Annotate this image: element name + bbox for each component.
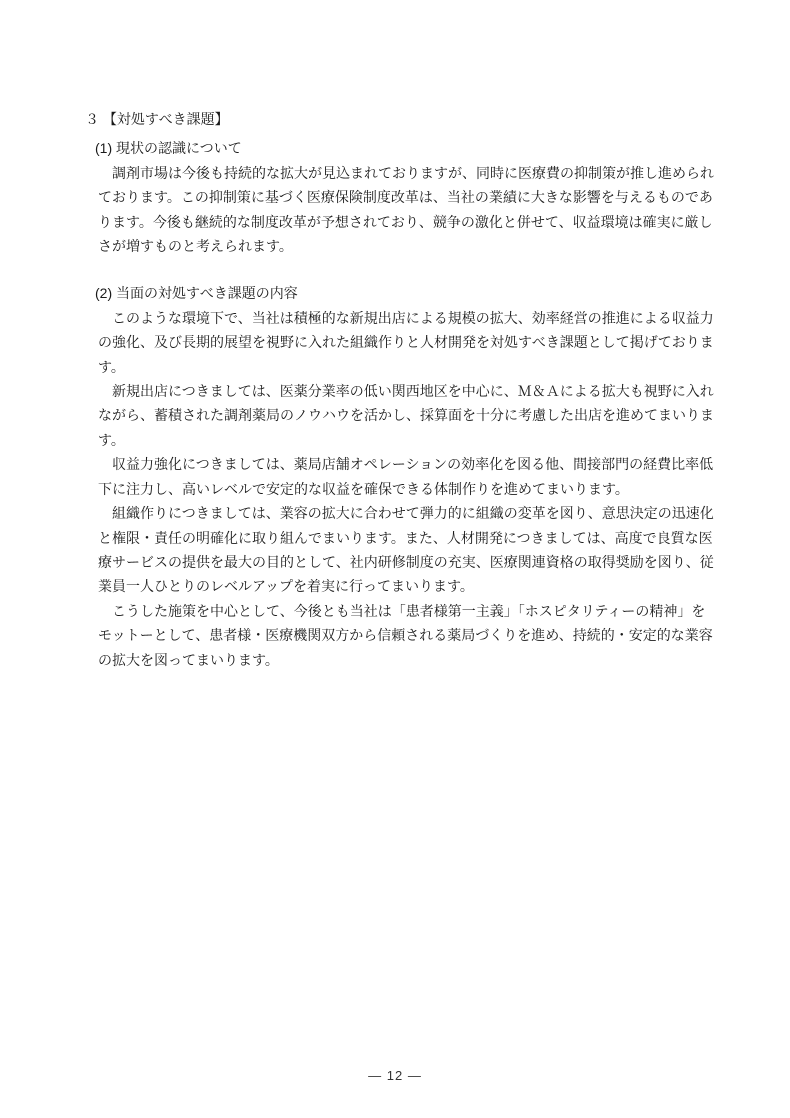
paragraph: 組織作りにつきましては、業容の拡大に合わせて弾力的に組織の変革を図り、意思決定の…	[98, 501, 714, 599]
footer-page-number: ― 12 ―	[0, 1068, 790, 1083]
paragraph: このような環境下で、当社は積極的な新規出店による規模の拡大、効率経営の推進による…	[98, 306, 714, 379]
document-content: ３ 【対処すべき課題】 (1) 現状の認識について 調剤市場は今後も持続的な拡大…	[85, 107, 714, 672]
paragraph: 調剤市場は今後も持続的な拡大が見込まれておりますが、同時に医療費の抑制策が推し進…	[98, 161, 714, 259]
paragraph: 新規出店につきましては、医薬分業率の低い関西地区を中心に、Ｍ＆Ａによる拡大も視野…	[98, 379, 714, 452]
section-heading: ３ 【対処すべき課題】	[85, 107, 714, 131]
document-page: ３ 【対処すべき課題】 (1) 現状の認識について 調剤市場は今後も持続的な拡大…	[0, 0, 790, 1118]
paragraph: こうした施策を中心として、今後とも当社は「患者様第一主義」「ホスピタリティーの精…	[98, 599, 714, 672]
subsection-label-2: (2) 当面の対処すべき課題の内容	[95, 281, 714, 305]
subsection-label-1: (1) 現状の認識について	[95, 136, 714, 160]
paragraph: 収益力強化につきましては、薬局店舗オペレーションの効率化を図る他、間接部門の経費…	[98, 452, 714, 501]
